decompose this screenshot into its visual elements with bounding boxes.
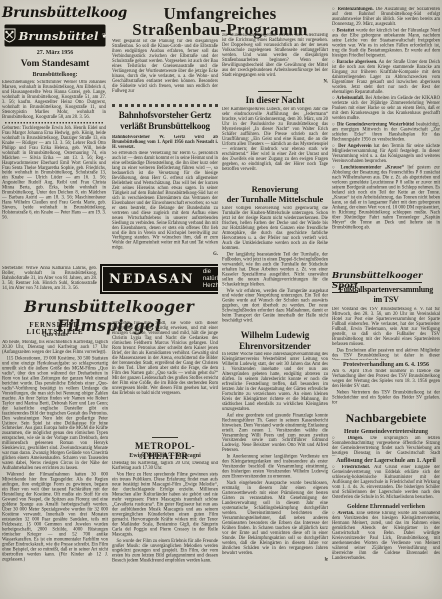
- fernsicht-review-p1: 115 Dekorationen, 19 000 Kostüme, 30 500…: [2, 356, 108, 471]
- nachbar-item1: ○ Dingen. Die ursprünglich am letzten So…: [332, 436, 440, 456]
- ludewig-heading-line2: Ehrenvorsitzender: [222, 341, 328, 352]
- brief-text: lief gestern zur Abholung der Besatzung …: [332, 165, 440, 230]
- issue-date: 27. März 1956: [2, 49, 108, 55]
- ornament-icon: ❦: [102, 32, 108, 40]
- nachbar-text: Auf Grund einer Eingabe der Gemeindevert…: [332, 465, 440, 499]
- sport-heading-line2: im TSV: [332, 295, 440, 305]
- brief-item: ○ Bestattet wurde der kürzlich bei der F…: [332, 28, 440, 58]
- nachbar-item3: ○ Averlak. Eine seltene Ehrung wurde am …: [332, 511, 440, 596]
- section-rule: [152, 437, 178, 438]
- sport-heading: Fußballspartenversammlung im TSV: [332, 285, 440, 305]
- brief-item: ○ Die Gemeindevertretung Westerbüttel be…: [332, 123, 440, 143]
- metropol-review: Dienstag bis Karfreitag, täglich 20 Uhr,…: [112, 461, 218, 598]
- gertz-heading: Bahnhofsvorsteher Gertz verläßt Brunsbüt…: [112, 110, 218, 132]
- article-strassenbau-col3: zur Bundesstraße ausgebaut werden soll. …: [222, 33, 328, 88]
- gertz-lead: Bahnhofsvorsteher W. Gertz wird ab Bruns…: [112, 135, 218, 150]
- newspaper-page: { "paper": {"bg": "#d8d5cb", "ink": "#2e…: [0, 0, 442, 599]
- section-rule: [258, 91, 292, 92]
- turnhalle-heading: Renovierung der Turnhalle Mittelschule: [222, 184, 328, 204]
- turnhalle-heading-line1: Renovierung: [222, 184, 328, 194]
- nacht-body-wrap: Der Kammerspielkreis Lübeck, der im vori…: [222, 107, 328, 182]
- brief-text: wurde der kürzlich bei der Fähranlage No…: [332, 28, 440, 58]
- nacht-heading: In dieser Nacht: [222, 95, 328, 105]
- standesamt-sterbefaelle-wrap: Sterbefälle: Witwe Anna Katharina Lahrns…: [2, 266, 97, 296]
- article-strassenbau-col2: Weit gespannt ist die Planung für den di…: [112, 39, 218, 102]
- metropol-film-title: Ewige Melodie — Mascagni: [112, 452, 218, 458]
- turnhalle-p3: Wie wir erfuhren, werden die Turngeräte …: [222, 289, 328, 324]
- sport-subheading-wrap: Protestverhandlung am 6. 4. 1956: [332, 361, 440, 368]
- gertz-heading-line1: Bahnhofsvorsteher Gertz: [112, 110, 218, 121]
- masthead-title: Brunsbüttelkoog: [2, 5, 108, 21]
- ludewig-body-wrap: In letzter Woche fand eine Jahreshauptve…: [222, 352, 328, 594]
- fernsicht-film-title: Quo vadis: [2, 331, 108, 337]
- fernsicht-review: Ab heute, Montag, bis einschließlich Kar…: [2, 340, 108, 596]
- ludewig-p1: In letzter Woche fand eine Jahreshauptve…: [222, 352, 328, 412]
- sport-p4: Neben Vertretern des TSV Brunsbüttelkoog…: [332, 390, 440, 405]
- turnhalle-p2: Der langjährig beanstandete Teil der Tur…: [222, 252, 328, 287]
- nachbar-sub1-wrap: Heute Gemeindevertretersitzung: [332, 428, 440, 435]
- metropol-review-p1: Von Herz zu Herz sprechende Filme gewinn…: [112, 472, 218, 537]
- byline: N.: [222, 79, 328, 84]
- fernsicht-review-p2: Während der Filmaufnahmen hatten 30 000 …: [2, 473, 108, 563]
- ad-brand: NEDASAN: [103, 272, 198, 287]
- ludewig-heading: Wilhelm Ludewig Ehrenvorsitzender: [222, 330, 328, 351]
- sport-subheading: Protestverhandlung am 6. 4. 1956: [332, 361, 440, 367]
- sport-p2: Das Erscheinen aller passiven und aktive…: [332, 348, 440, 360]
- nachbar-item2: ○ Friedrichshof. Auf Grund einer Eingabe…: [332, 465, 440, 502]
- nacht-body: Der Kammerspielkreis Lübeck, der im vori…: [222, 107, 328, 172]
- sport-body1-wrap: Der Vorstand des TSV Brunsbüttelkoog e. …: [332, 307, 440, 360]
- news-briefs: ○ Rentenzahlungen. Die Auszahlung der So…: [332, 7, 440, 270]
- nachbar-sub2-wrap: Auflösung der Lagerschule am 1. April: [332, 457, 440, 464]
- standesamt-body: Eheschließungen: Schiffsführer Werner Ot…: [2, 80, 106, 264]
- town-crest-icon: [3, 28, 16, 43]
- ludewig-sig: lz: [222, 557, 328, 562]
- brief-item: ○ Der Angelverein hat den Termin für sei…: [332, 144, 440, 164]
- fernsicht-film-wrap: Quo vadis: [2, 331, 108, 338]
- metropol-film-wrap: Ewige Melodie — Mascagni: [112, 452, 218, 459]
- brief-item: ○ Baracke abgerissen. An der Straße Unte…: [332, 60, 440, 95]
- nachbar-sub3: Goldene Ehrennadel verliehen: [332, 503, 440, 509]
- turnhalle-body-wrap: Einer völligen Renovierung wird gegenwär…: [222, 206, 328, 328]
- ornament-divider: [5, 122, 103, 124]
- masthead-banner: Brunsbüttel ❦: [5, 25, 105, 46]
- fernsicht-review-cont-text: antwortet für ihre Stadt, sie wolle sich…: [112, 321, 218, 396]
- ornament-divider: [112, 104, 218, 107]
- gertz-body: So erfreulich diese Versetzung für Herrn…: [112, 151, 218, 251]
- nachbar-sub1: Heute Gemeindevertretersitzung: [332, 428, 440, 434]
- standesamt-heading: Vom Standesamt: [2, 59, 108, 69]
- standesamt-place-wrap: Brunsbüttelkoog:: [2, 71, 108, 78]
- sport-body2-wrap: Am 6. April 1956 findet nunmehr in Itzeh…: [332, 369, 440, 411]
- brief-item: ○ Arbeitsunfall. Bei Arbeiten im Gelände…: [332, 96, 440, 121]
- standesamt-eheschliessungen: Eheschließungen: Schiffsführer Werner Ot…: [2, 80, 106, 120]
- turnhalle-p1: Einer völligen Renovierung wird gegenwär…: [222, 206, 328, 251]
- article-text: Weit gespannt ist die Planung für den di…: [112, 39, 218, 94]
- standesamt-sterbefaelle: Sterbefälle: Witwe Anna Katharina Lahrns…: [2, 266, 97, 291]
- ludewig-p4: Nach eingehender Aussprache wurde beschl…: [222, 481, 328, 556]
- masthead-subtitle: Brunsbüttel: [19, 29, 99, 43]
- fernsicht-review-cont: antwortet für ihre Stadt, sie wolle sich…: [112, 321, 218, 434]
- issue-date-wrap: 27. März 1956: [2, 49, 108, 57]
- standesamt-place: Brunsbüttelkoog:: [2, 71, 108, 77]
- brief-item: ○ Leuchttonnentender „Krause“ lief geste…: [332, 166, 440, 231]
- brief-text: An der Straße Unter dem Deich ist die no…: [332, 59, 440, 94]
- metropol-showtimes: Dienstag bis Karfreitag, täglich 20 Uhr,…: [112, 461, 218, 471]
- article-text: zur Bundesstraße ausgebaut werden soll. …: [222, 33, 328, 78]
- gertz-heading-line2: verläßt Brunsbüttelkoog: [112, 121, 218, 132]
- nachbar-heading: Nachbargebiete: [332, 411, 440, 426]
- brief-item: ○ Rentenzahlungen. Die Auszahlung der So…: [332, 7, 440, 27]
- sport-heading-line1: Fußballspartenversammlung: [332, 285, 440, 295]
- gertz-sig: G.: [112, 252, 218, 257]
- standesamt-geburten: Geburten: Tischlergeselle Erwin Joh. Hen…: [2, 126, 106, 221]
- gertz-lead-wrap: Bahnhofsvorsteher W. Gertz wird ab Bruns…: [112, 135, 218, 150]
- sport-p1: Der Vorstand des TSV Brunsbüttelkoog e. …: [332, 307, 440, 347]
- nachbar-sub3-wrap: Goldene Ehrennadel verliehen: [332, 503, 440, 510]
- nedasan-ad: NEDASAN die natürl. Herzhilfe: [100, 264, 218, 294]
- sport-p3: Am 6. April 1956 findet nunmehr in Itzeh…: [332, 369, 440, 389]
- ad-frame: NEDASAN die natürl. Herzhilfe: [102, 266, 232, 292]
- metropol-review-p2: So wurde der Film zu einem Erlebnis für …: [112, 539, 218, 564]
- ludewig-heading-line1: Wilhelm Ludewig: [222, 330, 328, 341]
- ludewig-p2: Auf eine geordnete und gesunde Finanzlag…: [222, 413, 328, 453]
- ludewig-p3: In Anerkennung seiner langjährigen Verdi…: [222, 455, 328, 480]
- nachbar-sub2: Auflösung der Lagerschule am 1. April: [332, 457, 440, 463]
- nachbar-text: Eine seltene Ehrung wurde am Sonnabend d…: [332, 511, 440, 560]
- turnhalle-heading-line2: der Turnhalle Mittelschule: [222, 194, 328, 204]
- fernsicht-showtimes: Ab heute, Montag, bis einschließlich Kar…: [2, 340, 108, 355]
- gertz-body-wrap: So erfreulich diese Versetzung für Herrn…: [112, 151, 218, 263]
